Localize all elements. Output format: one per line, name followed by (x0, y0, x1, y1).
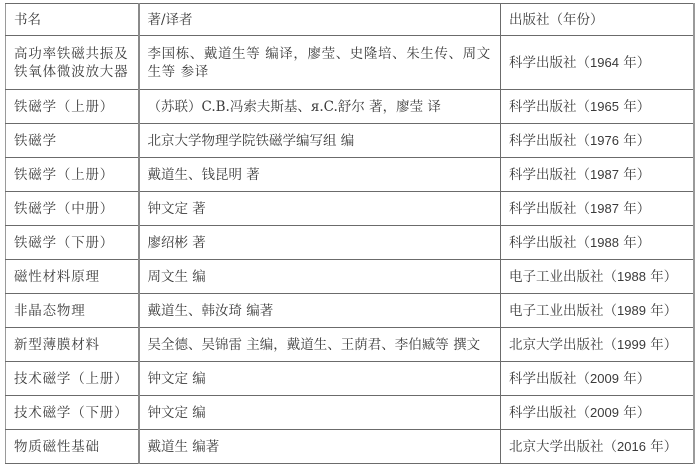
book-title: 新型薄膜材料 (6, 328, 139, 362)
table-row: 铁磁学 北京大学物理学院铁磁学编写组 编 科学出版社（1976 年） (6, 124, 694, 158)
book-title: 铁磁学（上册） (6, 90, 139, 124)
table-header-row: 书名 著/译者 出版社（年份） (6, 4, 694, 36)
book-publisher: 北京大学出版社（2016 年） (501, 430, 694, 464)
table-row: 铁磁学（上册） 戴道生、钱昆明 著 科学出版社（1987 年） (6, 158, 694, 192)
book-title: 技术磁学（下册） (6, 396, 139, 430)
book-authors: 戴道生 编著 (139, 430, 501, 464)
table-row: 非晶态物理 戴道生、韩汝琦 编著 电子工业出版社（1989 年） (6, 294, 694, 328)
book-title: 物质磁性基础 (6, 430, 139, 464)
book-publisher: 科学出版社（1987 年） (501, 192, 694, 226)
book-title: 非晶态物理 (6, 294, 139, 328)
book-authors: 钟文定 编 (139, 362, 501, 396)
table-row: 技术磁学（下册） 钟文定 编 科学出版社（2009 年） (6, 396, 694, 430)
book-authors: 北京大学物理学院铁磁学编写组 编 (139, 124, 501, 158)
book-authors: 周文生 编 (139, 260, 501, 294)
table-row: 物质磁性基础 戴道生 编著 北京大学出版社（2016 年） (6, 430, 694, 464)
book-title: 铁磁学（上册） (6, 158, 139, 192)
book-authors: 钟文定 著 (139, 192, 501, 226)
header-authors: 著/译者 (139, 4, 501, 36)
header-title: 书名 (6, 4, 139, 36)
book-authors: 廖绍彬 著 (139, 226, 501, 260)
book-authors: 吴全德、吴锦雷 主编，戴道生、王荫君、李伯臧等 撰文 (139, 328, 501, 362)
book-list-table: 书名 著/译者 出版社（年份） 高功率铁磁共振及铁氧体微波放大器 李国栋、戴道生… (5, 3, 695, 464)
table-row: 铁磁学（下册） 廖绍彬 著 科学出版社（1988 年） (6, 226, 694, 260)
book-publisher: 科学出版社（2009 年） (501, 396, 694, 430)
book-authors: （苏联）C.B.冯索夫斯基、я.C.舒尔 著，廖莹 译 (139, 90, 501, 124)
book-publisher: 北京大学出版社（1999 年） (501, 328, 694, 362)
table-row: 技术磁学（上册） 钟文定 编 科学出版社（2009 年） (6, 362, 694, 396)
book-authors: 戴道生、韩汝琦 编著 (139, 294, 501, 328)
table-row: 新型薄膜材料 吴全德、吴锦雷 主编，戴道生、王荫君、李伯臧等 撰文 北京大学出版… (6, 328, 694, 362)
book-title: 高功率铁磁共振及铁氧体微波放大器 (6, 36, 139, 90)
book-publisher: 电子工业出版社（1989 年） (501, 294, 694, 328)
book-title: 磁性材料原理 (6, 260, 139, 294)
book-publisher: 科学出版社（1976 年） (501, 124, 694, 158)
book-authors: 李国栋、戴道生等 编译，廖莹、史隆培、朱生传、周文生等 参译 (139, 36, 501, 90)
book-authors: 戴道生、钱昆明 著 (139, 158, 501, 192)
table-row: 铁磁学（中册） 钟文定 著 科学出版社（1987 年） (6, 192, 694, 226)
book-publisher: 科学出版社（1988 年） (501, 226, 694, 260)
book-title: 技术磁学（上册） (6, 362, 139, 396)
book-title: 铁磁学（下册） (6, 226, 139, 260)
book-publisher: 科学出版社（1964 年） (501, 36, 694, 90)
book-publisher: 科学出版社（1987 年） (501, 158, 694, 192)
book-publisher: 科学出版社（1965 年） (501, 90, 694, 124)
book-authors: 钟文定 编 (139, 396, 501, 430)
book-title: 铁磁学 (6, 124, 139, 158)
book-publisher: 电子工业出版社（1988 年） (501, 260, 694, 294)
table-row: 磁性材料原理 周文生 编 电子工业出版社（1988 年） (6, 260, 694, 294)
book-title: 铁磁学（中册） (6, 192, 139, 226)
header-publisher: 出版社（年份） (501, 4, 694, 36)
table-row: 铁磁学（上册） （苏联）C.B.冯索夫斯基、я.C.舒尔 著，廖莹 译 科学出版… (6, 90, 694, 124)
book-publisher: 科学出版社（2009 年） (501, 362, 694, 396)
table-row: 高功率铁磁共振及铁氧体微波放大器 李国栋、戴道生等 编译，廖莹、史隆培、朱生传、… (6, 36, 694, 90)
